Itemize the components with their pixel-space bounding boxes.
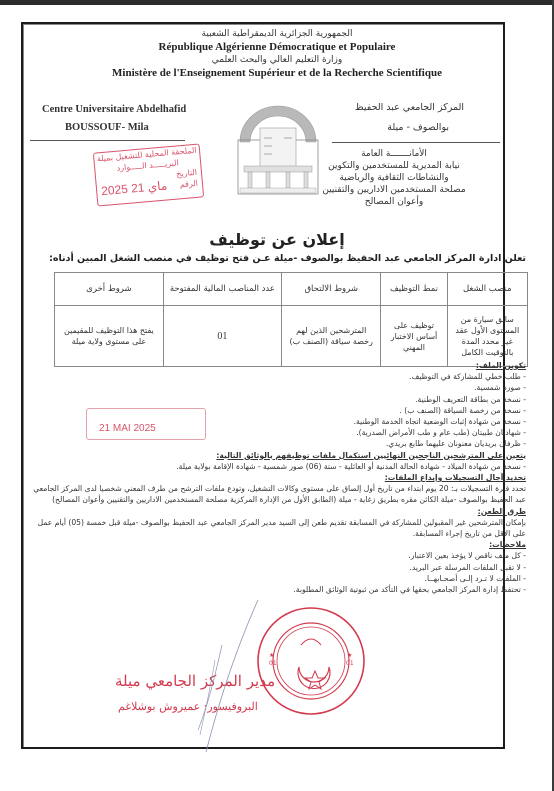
signature-stroke-icon (0, 0, 554, 791)
